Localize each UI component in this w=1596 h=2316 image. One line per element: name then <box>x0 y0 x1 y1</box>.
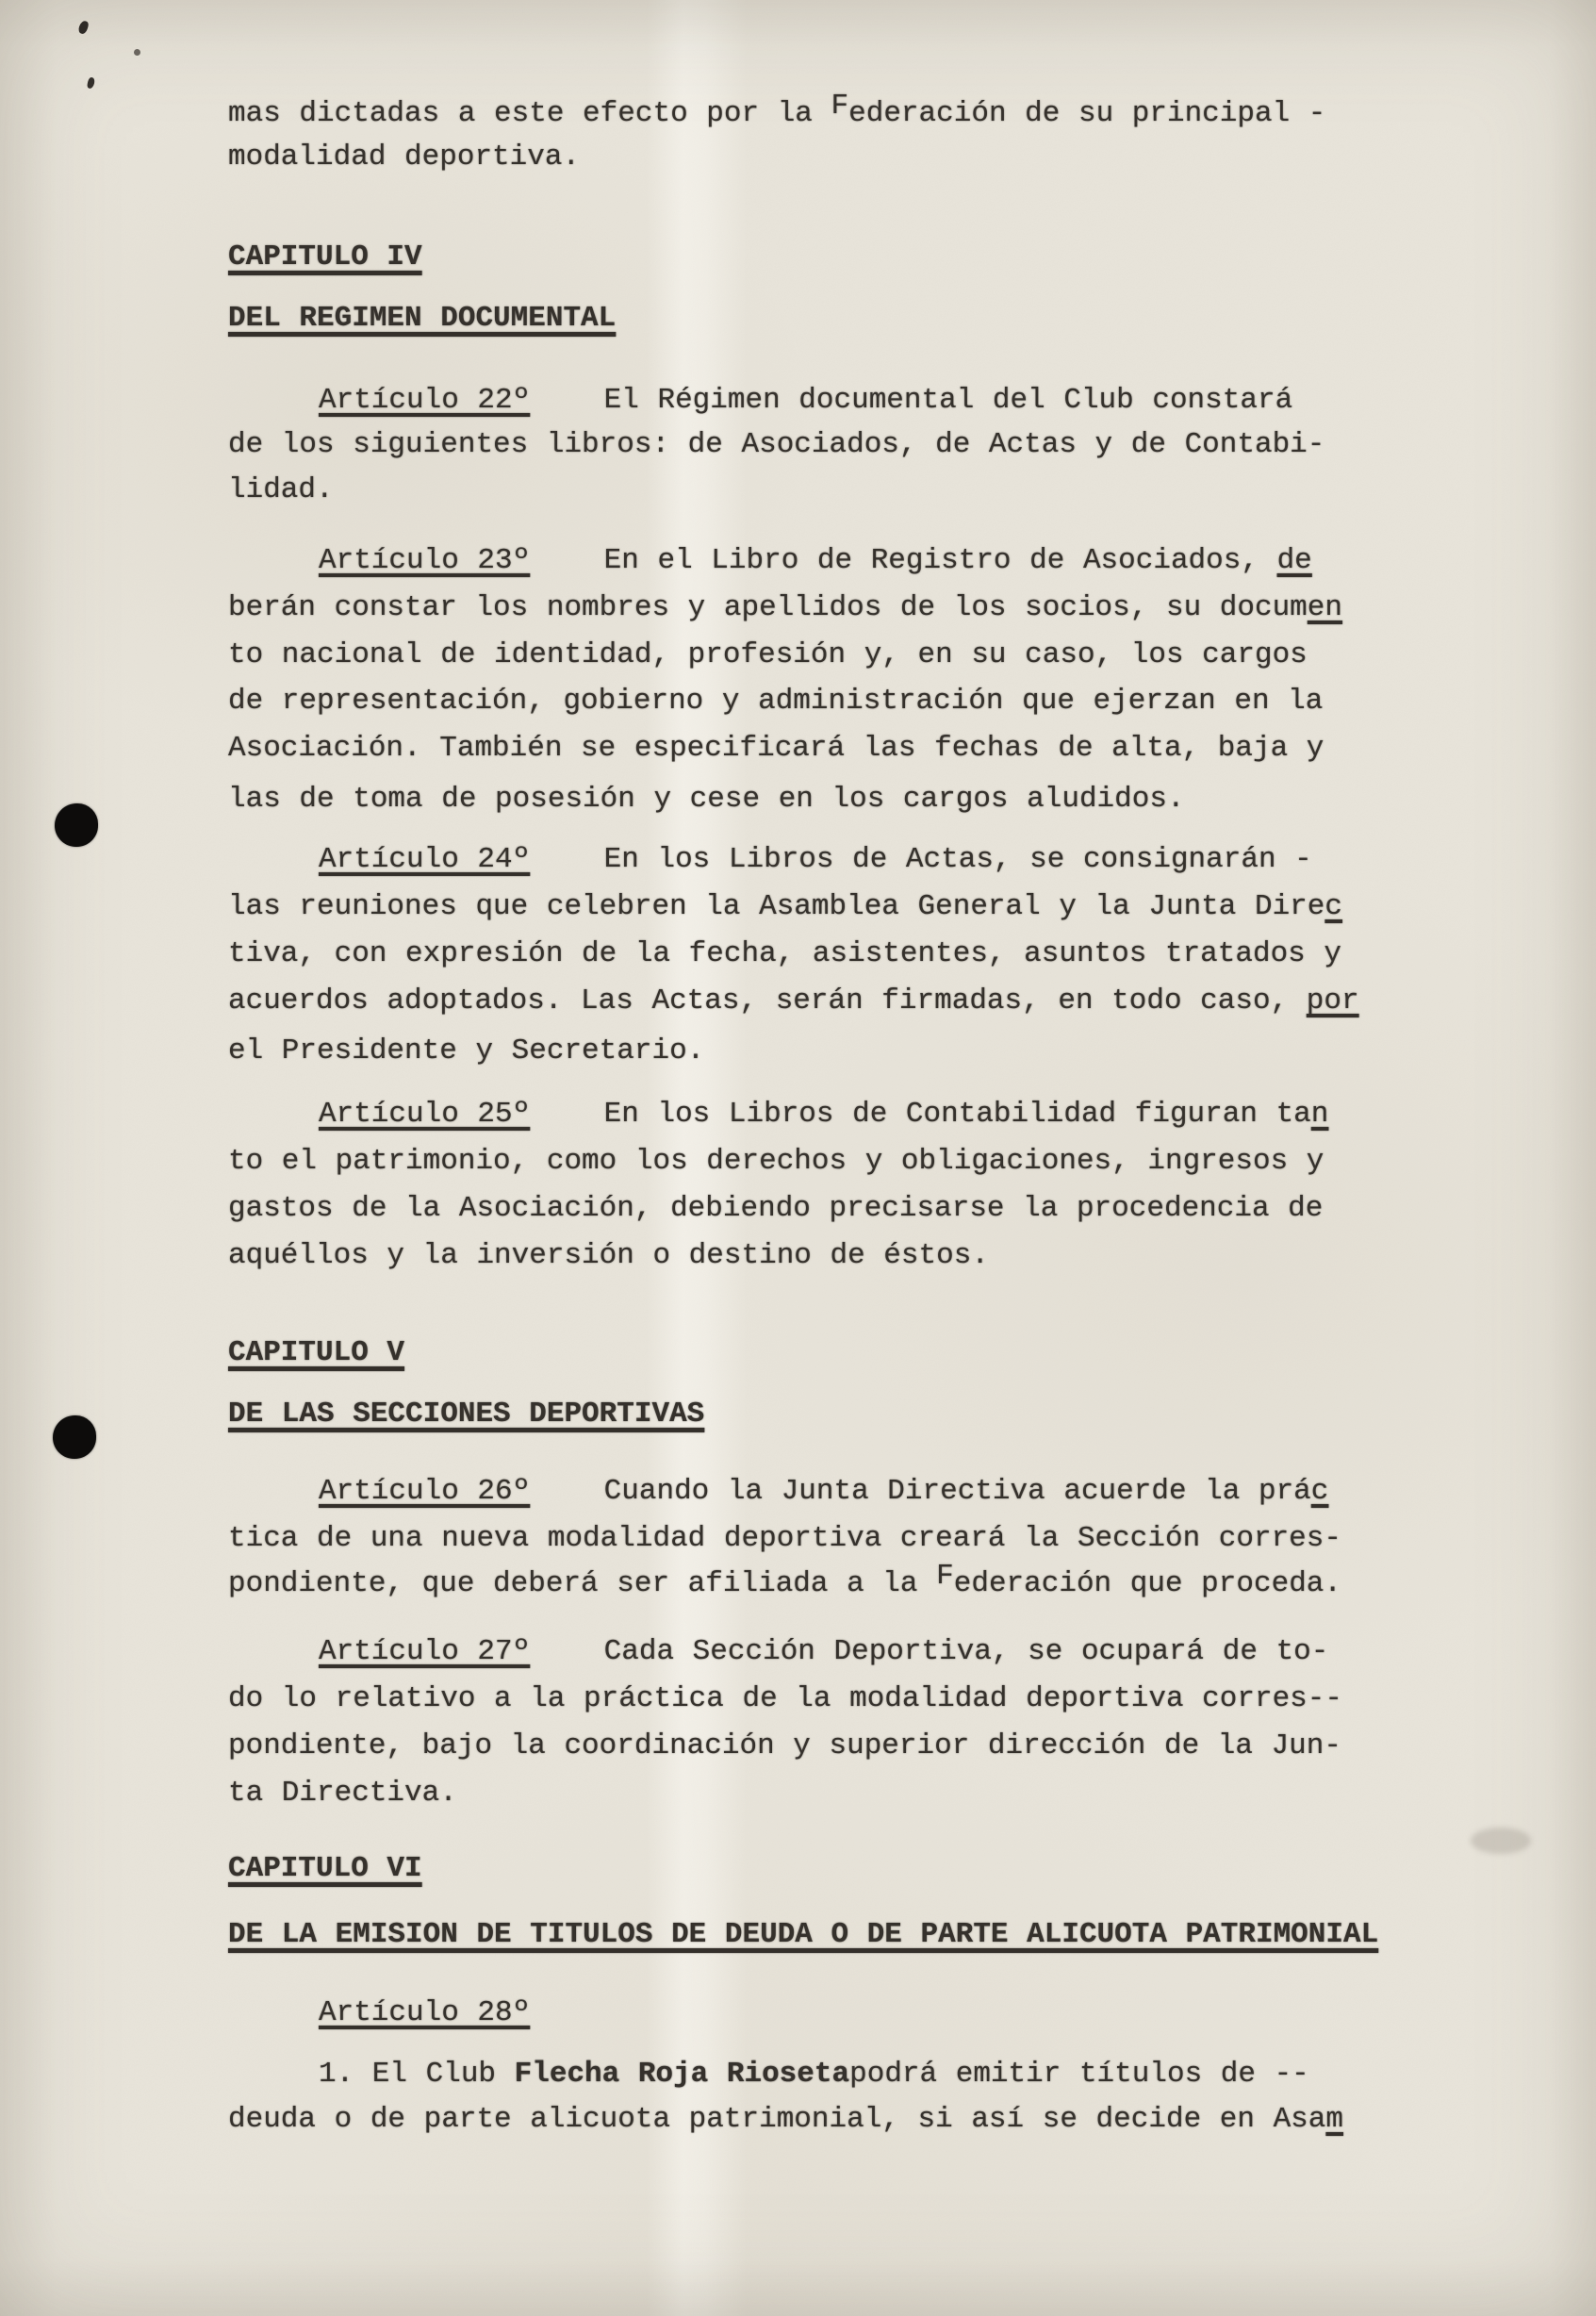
section-heading: DE LA EMISION DE TITULOS DE DEUDA O DE P… <box>228 1919 1378 1951</box>
text-line: ta Directiva. <box>228 1778 457 1810</box>
section-heading: CAPITULO IV <box>228 241 422 273</box>
section-heading: CAPITULO VI <box>228 1853 422 1885</box>
text-line: de representación, gobierno y administra… <box>228 686 1323 718</box>
text-line: to el patrimonio, como los derechos y ob… <box>228 1146 1324 1178</box>
text-line: las reuniones que celebren la Asamblea G… <box>228 891 1342 923</box>
section-heading: DEL REGIMEN DOCUMENTAL <box>228 303 616 335</box>
text-line: las de toma de posesión y cese en los ca… <box>228 784 1185 816</box>
text-line: Artículo 27º Cada Sección Deportiva, se … <box>319 1636 1328 1668</box>
text-line: Artículo 25º En los Libros de Contabilid… <box>319 1099 1328 1131</box>
scanned-document-page: mas dictadas a este efecto por la Federa… <box>0 0 1596 2316</box>
hole-punch-top <box>55 803 98 847</box>
section-heading: CAPITULO V <box>228 1337 404 1369</box>
text-line: Artículo 24º En los Libros de Actas, se … <box>319 844 1312 876</box>
ink-speck <box>134 49 140 56</box>
text-line: tiva, con expresión de la fecha, asisten… <box>228 938 1341 970</box>
text-line: el Presidente y Secretario. <box>228 1035 704 1067</box>
text-line: Artículo 26º Cuando la Junta Directiva a… <box>319 1476 1328 1508</box>
text-line: acuerdos adoptados. Las Actas, serán fir… <box>228 985 1359 1017</box>
pencil-smudge <box>1471 1828 1531 1854</box>
text-line: gastos de la Asociación, debiendo precis… <box>228 1193 1323 1225</box>
text-line: lidad. <box>228 474 334 506</box>
section-heading: DE LAS SECCIONES DEPORTIVAS <box>228 1398 704 1431</box>
text-line: Artículo 28º <box>319 1997 530 2029</box>
text-line: berán constar los nombres y apellidos de… <box>228 592 1342 624</box>
text-line: Artículo 22º El Régimen documental del C… <box>319 385 1292 417</box>
text-line: de los siguientes libros: de Asociados, … <box>228 429 1325 461</box>
text-line: to nacional de identidad, profesión y, e… <box>228 639 1308 671</box>
text-line: deuda o de parte alicuota patrimonial, s… <box>228 2104 1343 2136</box>
text-line: tica de una nueva modalidad deportiva cr… <box>228 1523 1341 1555</box>
hole-punch-bottom <box>53 1415 96 1459</box>
text-line: modalidad deportiva. <box>228 141 580 174</box>
text-line: do lo relativo a la práctica de la modal… <box>228 1683 1342 1715</box>
ink-speck <box>77 20 90 35</box>
text-line: Artículo 23º En el Libro de Registro de … <box>319 545 1312 577</box>
text-line: 1. El Club Flecha Roja Riosetapodrá emit… <box>319 2059 1309 2091</box>
ink-speck <box>87 76 95 89</box>
text-line: mas dictadas a este efecto por la Federa… <box>228 98 1325 130</box>
text-line: Asociación. También se especificará las … <box>228 733 1324 765</box>
text-line: pondiente, que deberá ser afiliada a la … <box>228 1568 1341 1600</box>
text-line: aquéllos y la inversión o destino de ést… <box>228 1240 989 1272</box>
text-line: pondiente, bajo la coordinación y superi… <box>228 1730 1341 1762</box>
